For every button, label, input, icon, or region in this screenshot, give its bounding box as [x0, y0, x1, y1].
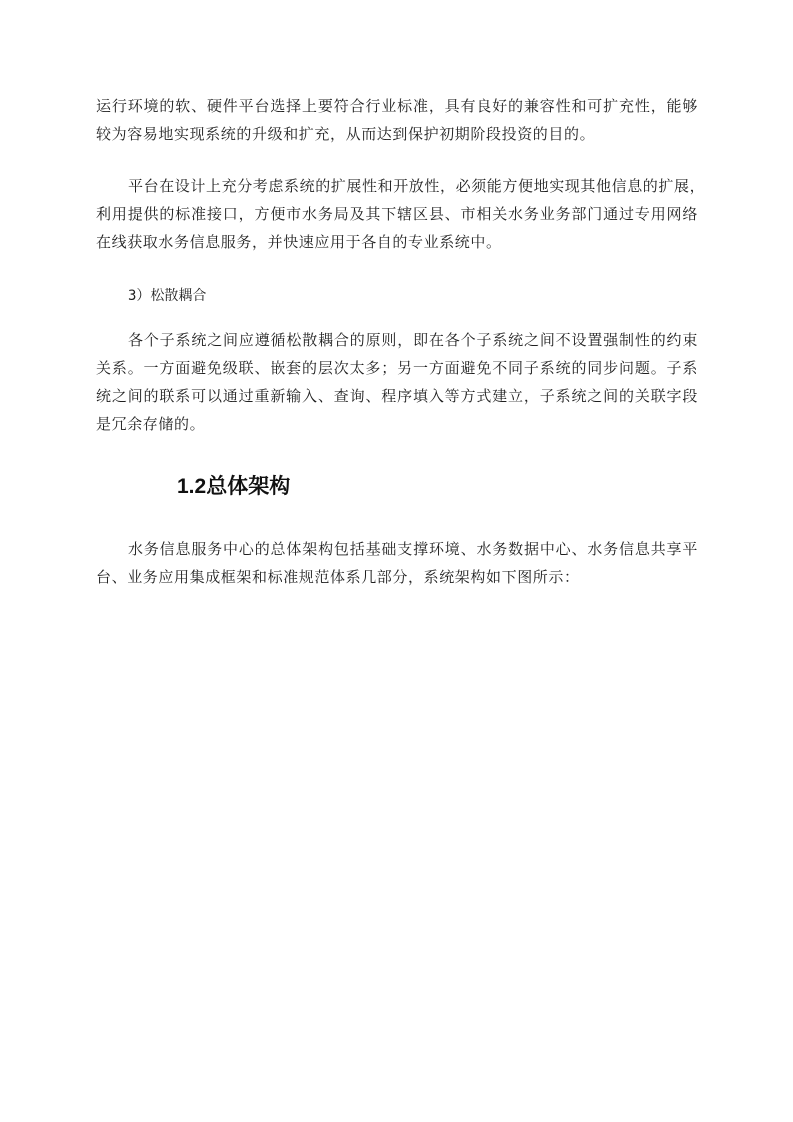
list-item-title: 3）松散耦合 [128, 286, 698, 306]
paragraph-line: 各个子系统之间应遵循松散耦合的原则，即在各个子系统之间不设置强制性的约束 [128, 330, 698, 350]
paragraph-line: 是冗余存储的。 [96, 414, 698, 434]
paragraph-line: 平台在设计上充分考虑系统的扩展性和开放性，必须能方便地实现其他信息的扩展， [128, 176, 698, 196]
paragraph-line: 运行环境的软、硬件平台选择上要符合行业标准，具有良好的兼容性和可扩充性，能够 [96, 96, 698, 116]
paragraph-line: 利用提供的标准接口，方便市水务局及其下辖区县、市相关水务业务部门通过专用网络 [96, 204, 698, 224]
section-heading: 1.2总体架构 [177, 474, 290, 500]
paragraph-line: 统之间的联系可以通过重新输入、查询、程序填入等方式建立，子系统之间的关联字段 [96, 386, 698, 406]
paragraph-line: 关系。一方面避免级联、嵌套的层次太多；另一方面避免不同子系统的同步问题。子系 [96, 358, 698, 378]
paragraph-line: 台、业务应用集成框架和标准规范体系几部分，系统架构如下图所示： [96, 567, 698, 587]
paragraph-line: 在线获取水务信息服务，并快速应用于各自的专业系统中。 [96, 232, 698, 252]
document-page: 运行环境的软、硬件平台选择上要符合行业标准，具有良好的兼容性和可扩充性，能够 较… [0, 0, 793, 1122]
paragraph-line: 较为容易地实现系统的升级和扩充，从而达到保护初期阶段投资的目的。 [96, 124, 698, 144]
paragraph-line: 水务信息服务中心的总体架构包括基础支撑环境、水务数据中心、水务信息共享平 [128, 539, 698, 559]
